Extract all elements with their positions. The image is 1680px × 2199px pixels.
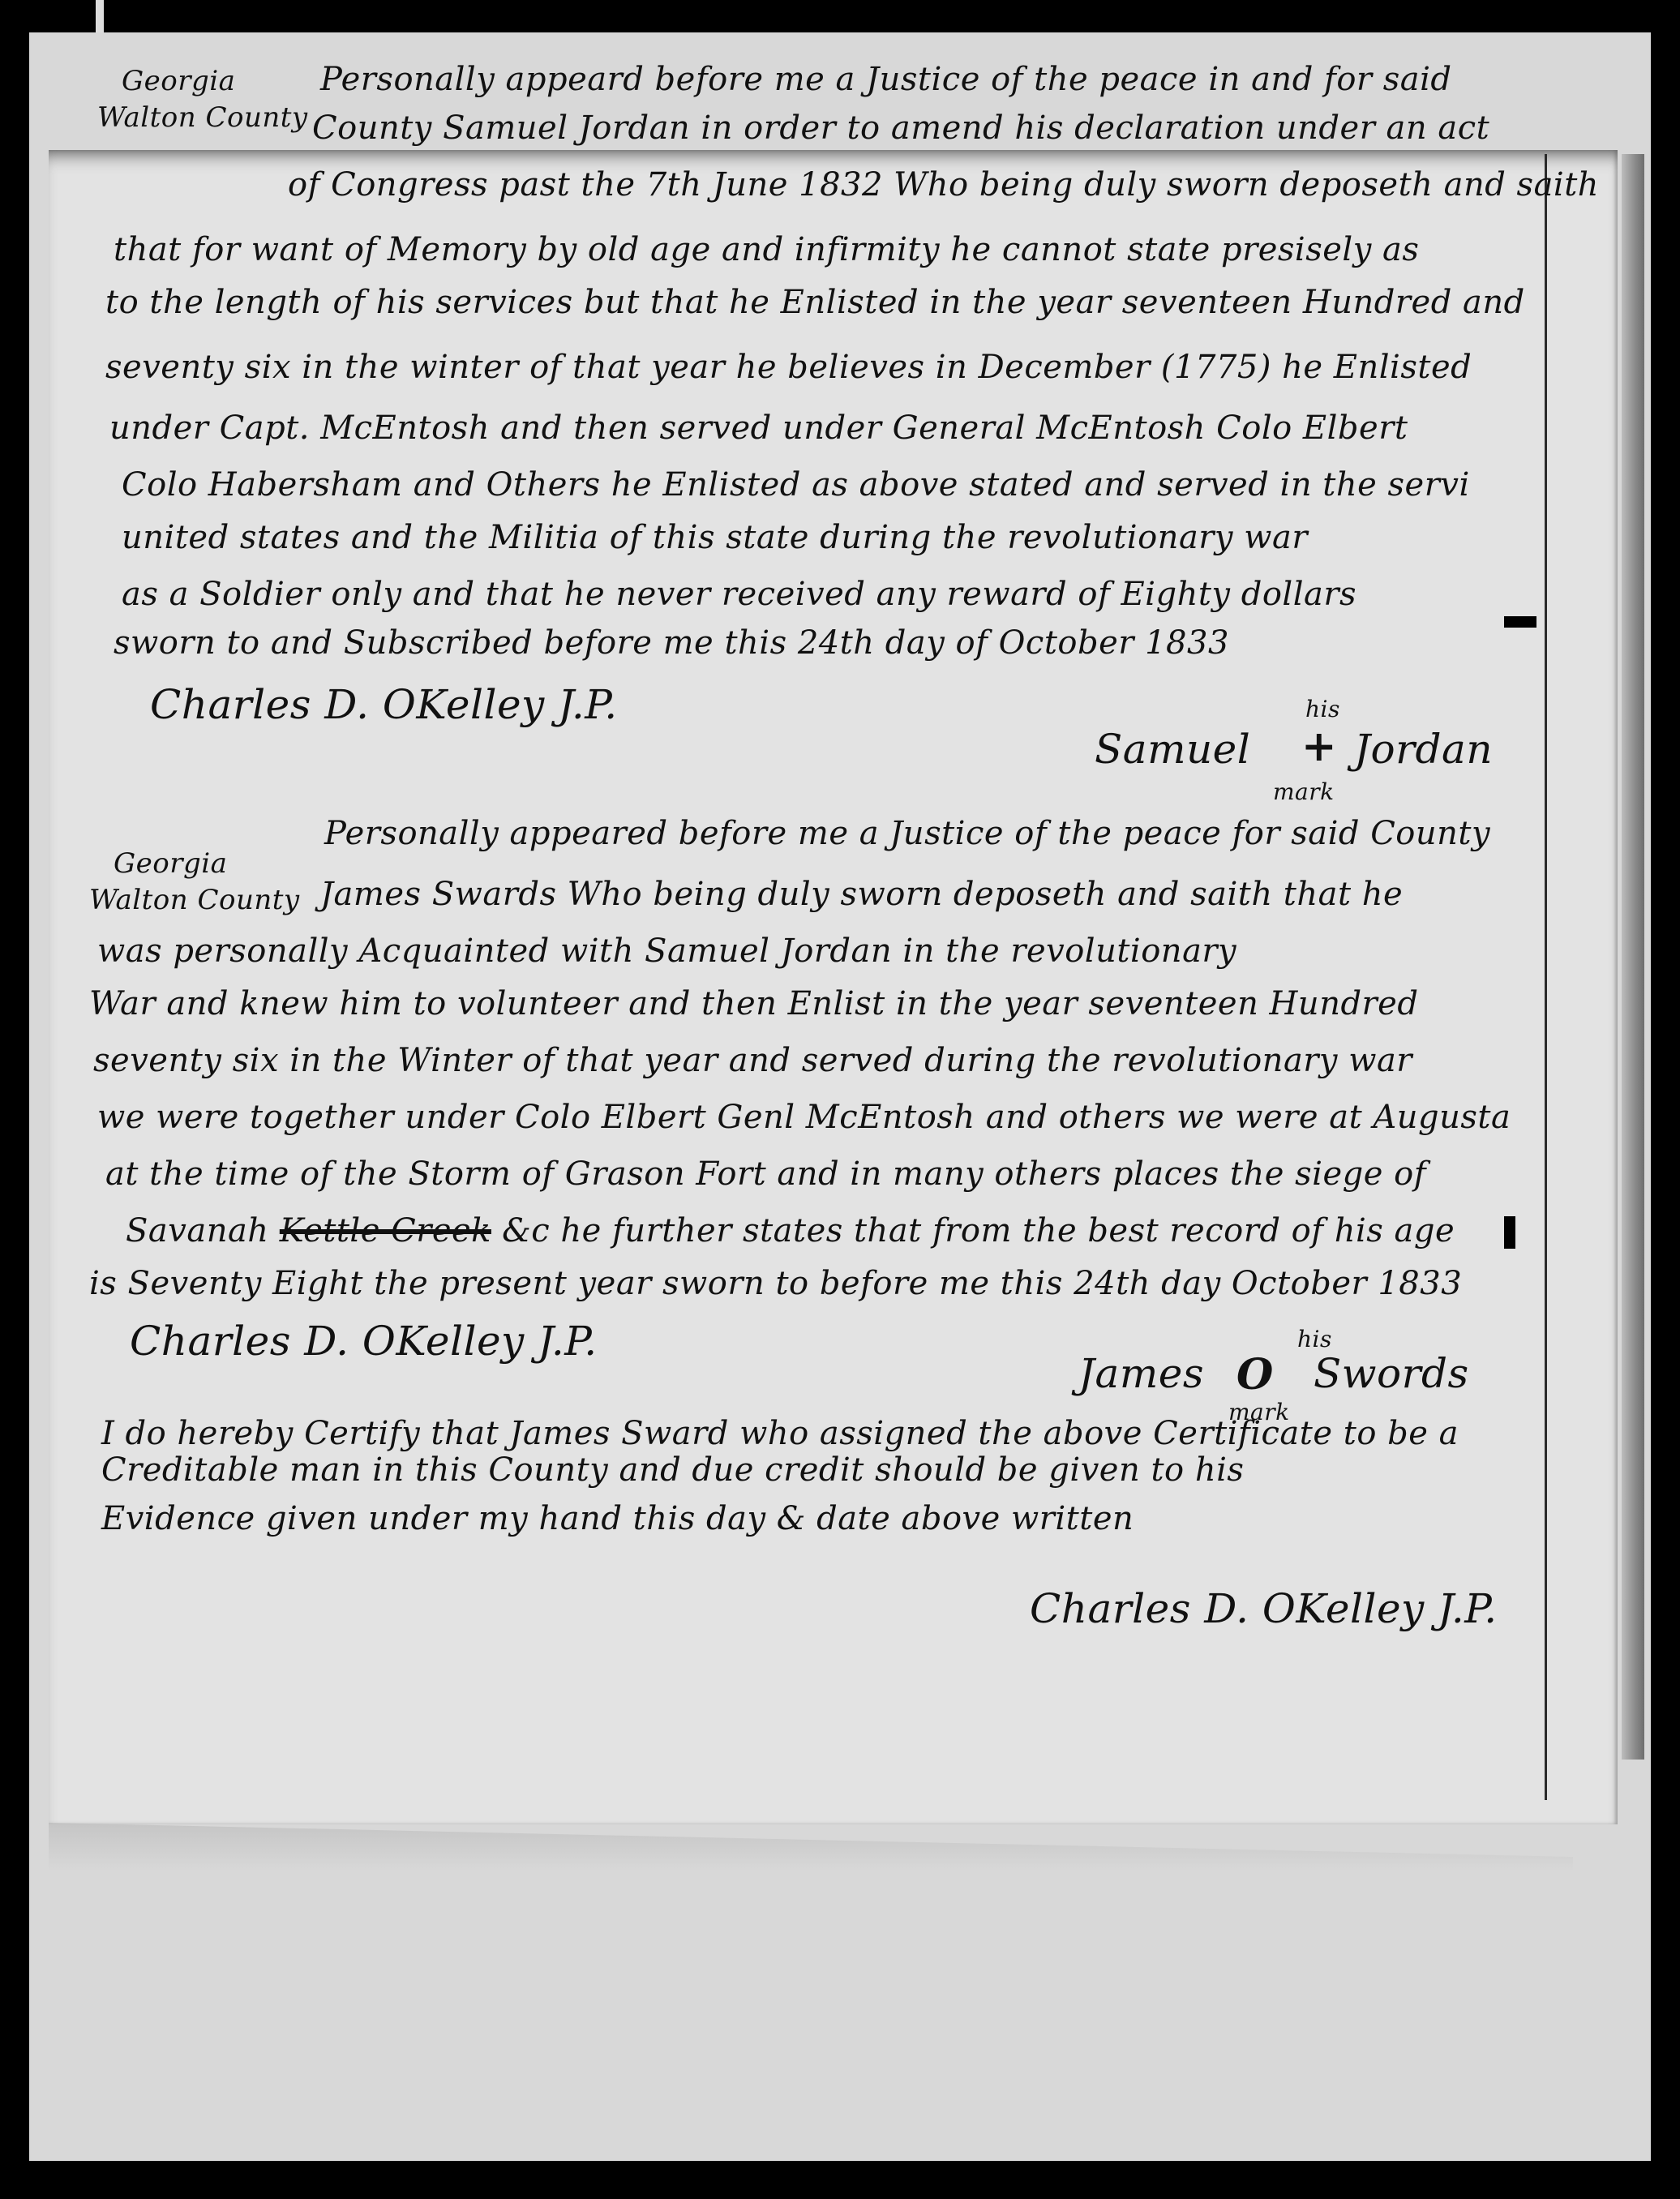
text-line: we were together under Colo Elbert Genl … <box>97 1099 1511 1136</box>
text-line: seventy six in the Winter of that year a… <box>93 1042 1412 1079</box>
text-line: seventy six in the winter of that year h… <box>105 349 1472 386</box>
text-line: James Swards Who being duly sworn depose… <box>320 876 1403 913</box>
text-line: of Congress past the 7th June 1832 Who b… <box>288 166 1599 204</box>
text-line: Evidence given under my hand this day & … <box>101 1500 1134 1537</box>
text-line: Personally appeared before me a Justice … <box>324 815 1490 852</box>
text-line: Savanah Kettle Creek &c he further state… <box>126 1212 1455 1250</box>
margin-line <box>1545 154 1547 1800</box>
struck-text: Kettle Creek <box>280 1212 491 1250</box>
mark-label: mark <box>1273 778 1335 805</box>
text-line: I do hereby Certify that James Sward who… <box>101 1415 1459 1452</box>
text-line: Creditable man in this County and due cr… <box>101 1451 1244 1489</box>
affiant-last-name: Jordan <box>1354 726 1493 773</box>
text-line: War and knew him to volunteer and then E… <box>89 985 1418 1022</box>
text-line: Colo Habersham and Others he Enlisted as… <box>122 466 1470 504</box>
x-mark-icon: + <box>1301 722 1337 771</box>
text-line: County Samuel Jordan in order to amend h… <box>312 109 1489 147</box>
ink-blot <box>1504 1216 1515 1249</box>
venue-state: Georgia <box>114 847 227 880</box>
venue-state: Georgia <box>122 65 235 97</box>
venue-county: Walton County <box>89 884 300 916</box>
o-mark-icon: O <box>1236 1350 1274 1400</box>
text-line: as a Soldier only and that he never rece… <box>122 576 1356 613</box>
ink-blot <box>1504 616 1536 628</box>
certificate-signature: Charles D. OKelley J.P. <box>1030 1585 1498 1632</box>
text-line: was personally Acquainted with Samuel Jo… <box>97 932 1236 970</box>
text-line: is Seventy Eight the present year sworn … <box>89 1265 1462 1302</box>
page-edge-shadow <box>1622 154 1644 1760</box>
affiant-first-name: Samuel <box>1095 726 1250 773</box>
justice-signature: Charles D. OKelley J.P. <box>150 681 618 728</box>
justice-signature: Charles D. OKelley J.P. <box>130 1318 598 1365</box>
text-segment: &c he further states that from the best … <box>502 1212 1455 1250</box>
paper-tab <box>96 0 104 32</box>
text-segment: Savanah <box>126 1212 269 1250</box>
text-line: at the time of the Storm of Grason Fort … <box>105 1155 1426 1193</box>
his-label: his <box>1297 1326 1332 1352</box>
text-line: sworn to and Subscribed before me this 2… <box>114 624 1229 662</box>
his-label: his <box>1305 696 1340 722</box>
text-line: Personally appeard before me a Justice o… <box>320 61 1452 98</box>
text-line: to the length of his services but that h… <box>105 284 1525 321</box>
text-line: that for want of Memory by old age and i… <box>114 231 1419 268</box>
text-line: united states and the Militia of this st… <box>122 519 1308 556</box>
venue-county: Walton County <box>97 101 308 134</box>
affiant-last-name: Swords <box>1314 1350 1469 1397</box>
affiant-first-name: James <box>1078 1350 1204 1397</box>
text-line: under Capt. McEntosh and then served und… <box>109 409 1408 447</box>
